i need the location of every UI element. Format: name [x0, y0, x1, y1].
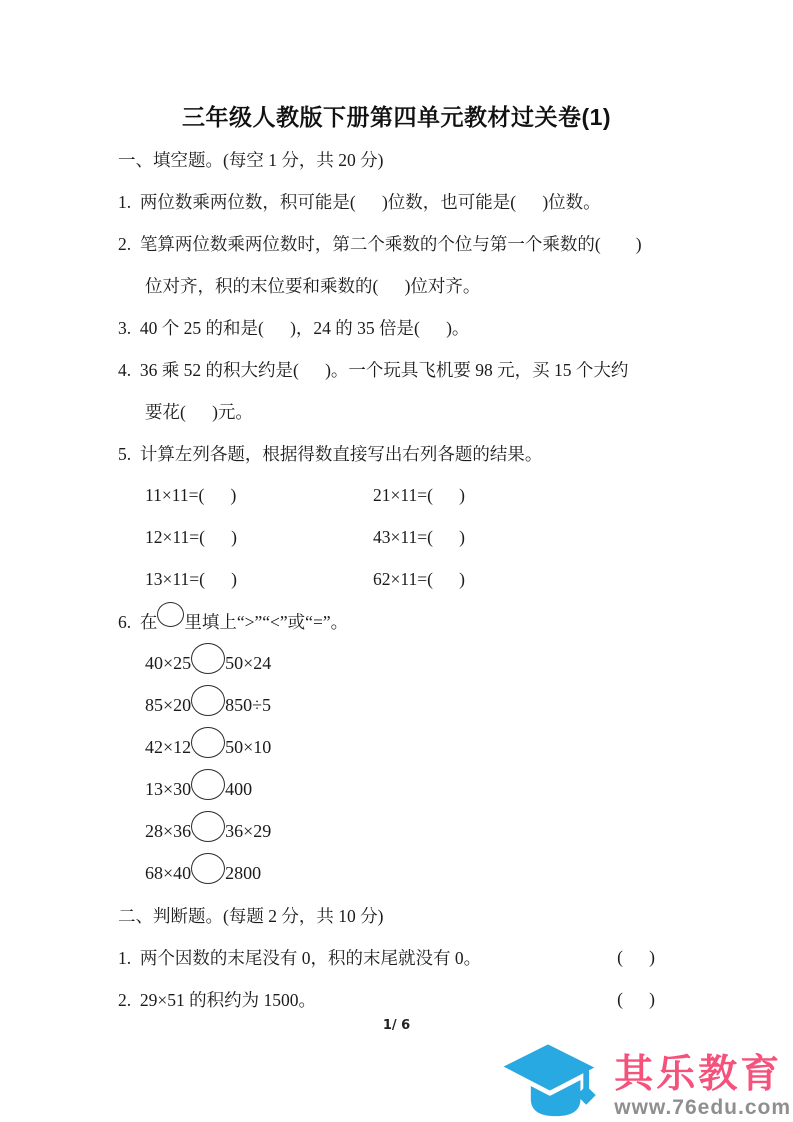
comparison-right: 2800: [225, 863, 261, 884]
equation-left: 13×11=( ): [145, 569, 373, 590]
brand-watermark: 其乐教育 www.76edu.com: [490, 1036, 791, 1120]
section2-heading: 二、判断题。(每题 2 分，共 10 分): [118, 894, 713, 936]
judgment-answer-blank: ( ): [617, 989, 655, 1010]
comparison-left: 28×36: [145, 821, 191, 842]
judgment-row: 1. 两个因数的末尾没有 0，积的末尾就没有 0。 ( ): [118, 936, 655, 978]
section1-heading: 一、填空题。(每空 1 分，共 20 分): [118, 138, 713, 180]
comparison-left: 42×12: [145, 737, 191, 758]
comparison-row: 68×40 2800: [145, 852, 713, 894]
judgment-answer-blank: ( ): [617, 947, 655, 968]
comparison-right: 850÷5: [225, 695, 271, 716]
comparison-row: 13×30 400: [145, 768, 713, 810]
question-6: 6. 在 里填上“>”“<”或“=”。: [118, 600, 713, 642]
brand-url: www.76edu.com: [614, 1096, 791, 1120]
judgment-text: 1. 两个因数的末尾没有 0，积的末尾就没有 0。: [118, 945, 481, 970]
equation-row: 13×11=( ) 62×11=( ): [145, 558, 713, 600]
comparison-row: 28×36 36×29: [145, 810, 713, 852]
comparison-left: 68×40: [145, 863, 191, 884]
question-4-line2: 要花( )元。: [145, 390, 713, 432]
blank-circle-icon: [191, 769, 225, 800]
equation-right: 62×11=( ): [373, 569, 465, 590]
blank-circle-icon: [191, 811, 225, 842]
page-title: 三年级人教版下册第四单元教材过关卷(1): [80, 92, 713, 138]
blank-circle-icon: [191, 643, 225, 674]
graduation-cap-icon: [490, 1036, 606, 1120]
comparison-row: 42×12 50×10: [145, 726, 713, 768]
comparison-row: 85×20 850÷5: [145, 684, 713, 726]
comparison-right: 50×24: [225, 653, 271, 674]
equation-left: 12×11=( ): [145, 527, 373, 548]
question-1: 1. 两位数乘两位数，积可能是( )位数，也可能是( )位数。: [118, 180, 713, 222]
blank-circle-icon: [191, 853, 225, 884]
judgment-row: 2. 29×51 的积约为 1500。 ( ): [118, 978, 655, 1020]
comparison-left: 40×25: [145, 653, 191, 674]
blank-circle-icon: [157, 602, 184, 627]
equation-row: 12×11=( ) 43×11=( ): [145, 516, 713, 558]
equation-right: 43×11=( ): [373, 527, 465, 548]
question-6-suffix: 里填上“>”“<”或“=”。: [184, 609, 348, 634]
comparison-right: 50×10: [225, 737, 271, 758]
comparison-row: 40×25 50×24: [145, 642, 713, 684]
page-number: 1/ 6: [0, 1018, 793, 1033]
comparison-right: 400: [225, 779, 252, 800]
comparison-right: 36×29: [225, 821, 271, 842]
question-3: 3. 40 个 25 的和是( )，24 的 35 倍是( )。: [118, 306, 713, 348]
comparison-left: 85×20: [145, 695, 191, 716]
equation-right: 21×11=( ): [373, 485, 465, 506]
blank-circle-icon: [191, 727, 225, 758]
worksheet-page: 三年级人教版下册第四单元教材过关卷(1) 一、填空题。(每空 1 分，共 20 …: [0, 0, 793, 1122]
question-4-line1: 4. 36 乘 52 的积大约是( )。一个玩具飞机要 98 元，买 15 个大…: [118, 348, 713, 390]
blank-circle-icon: [191, 685, 225, 716]
equation-left: 11×11=( ): [145, 485, 373, 506]
equation-row: 11×11=( ) 21×11=( ): [145, 474, 713, 516]
judgment-text: 2. 29×51 的积约为 1500。: [118, 987, 316, 1012]
brand-name: 其乐教育: [614, 1054, 782, 1096]
question-2-line1: 2. 笔算两位数乘两位数时，第二个乘数的个位与第一个乘数的( ): [118, 222, 713, 264]
watermark-text: 其乐教育 www.76edu.com: [614, 1054, 791, 1120]
comparison-left: 13×30: [145, 779, 191, 800]
question-6-prefix: 6. 在: [118, 609, 157, 634]
question-5: 5. 计算左列各题，根据得数直接写出右列各题的结果。: [118, 432, 713, 474]
question-2-line2: 位对齐，积的末位要和乘数的( )位对齐。: [145, 264, 713, 306]
